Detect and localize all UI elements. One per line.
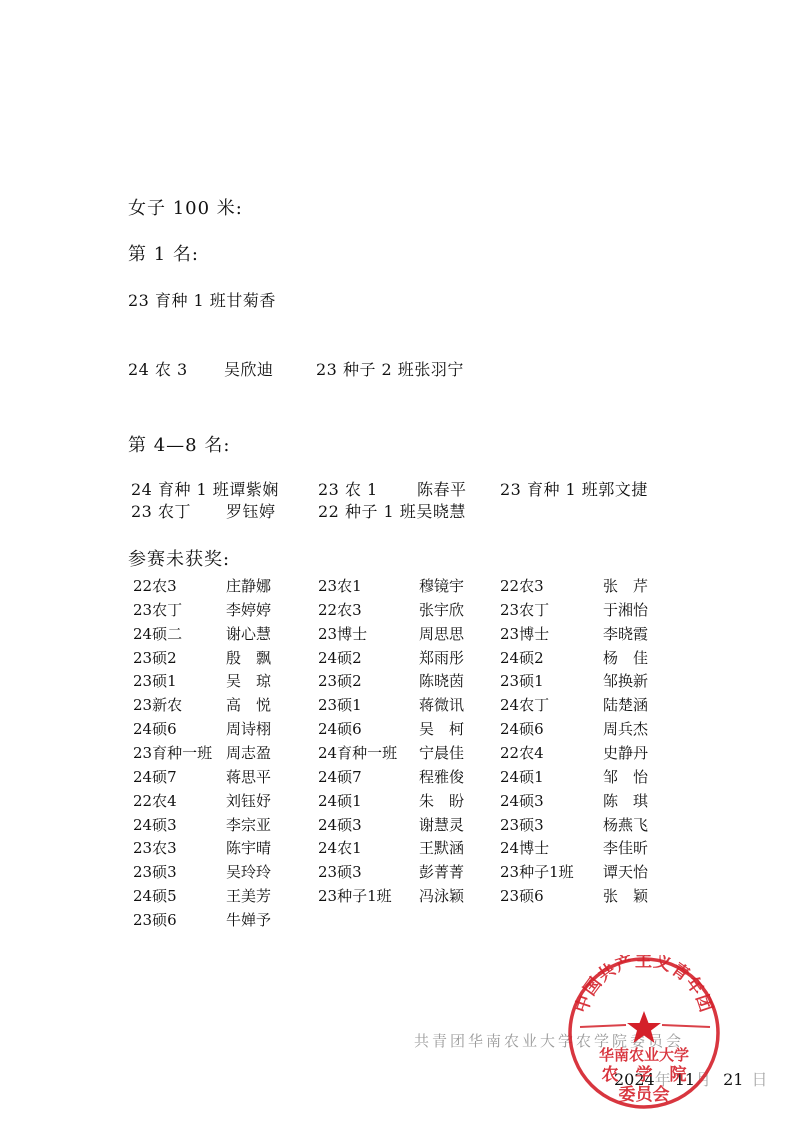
participant-name: 邹换新	[603, 670, 648, 691]
place-3-name: 张羽宁	[414, 360, 464, 379]
official-seal-icon: 中国共产主义青年团 华南农业大学 农 学 院 委员会	[566, 955, 722, 1111]
participant-class: 23农丁	[500, 599, 549, 620]
participant-class: 24硕7	[133, 766, 177, 787]
participant-class: 23种子1班	[500, 861, 574, 882]
participant-class: 23硕3	[133, 861, 177, 882]
participant-name: 彭菁菁	[419, 861, 464, 882]
participant-class: 24硕3	[133, 814, 177, 835]
participant-name: 陈宇晴	[226, 837, 271, 858]
place-class: 23 农丁	[131, 499, 191, 522]
participant-name: 谭天怡	[603, 861, 648, 882]
places-4-8-heading: 第 4—8 名:	[128, 431, 230, 457]
participant-class: 23农丁	[133, 599, 182, 620]
place-3-entry: 23 种子 2 班张羽宁	[316, 357, 464, 380]
place-class: 23 育种 1 班	[500, 480, 598, 499]
participant-name: 史静丹	[603, 742, 648, 763]
participant-class: 23农3	[133, 837, 177, 858]
participant-class: 22农4	[500, 742, 544, 763]
stamp-line-3: 委员会	[619, 1084, 670, 1105]
participant-name: 于湘怡	[603, 599, 648, 620]
place-class: 23 农 1	[318, 477, 378, 500]
participant-name: 高 悦	[226, 694, 271, 715]
participant-class: 24硕5	[133, 885, 177, 906]
participant-class: 22农4	[133, 790, 177, 811]
place-2-class: 24 农 3	[128, 357, 188, 380]
participant-class: 23硕6	[133, 909, 177, 930]
participant-class: 24硕6	[318, 718, 362, 739]
participant-name: 冯泳颖	[419, 885, 464, 906]
first-place-heading: 第 1 名:	[128, 240, 199, 266]
participant-class: 23新农	[133, 694, 182, 715]
participant-name: 刘钰妤	[226, 790, 271, 811]
participant-class: 24硕6	[133, 718, 177, 739]
participant-name: 庄静娜	[226, 575, 271, 596]
participant-class: 24硕3	[500, 790, 544, 811]
participant-class: 23硕1	[133, 670, 177, 691]
svg-text:中国共产主义青年团: 中国共产主义青年团	[571, 955, 716, 1015]
participant-class: 23育种一班	[133, 742, 212, 763]
participant-class: 24硕2	[318, 647, 362, 668]
participant-class: 23种子1班	[318, 885, 392, 906]
participant-class: 24农丁	[500, 694, 549, 715]
participant-name: 李晓霞	[603, 623, 648, 644]
date-day: 21	[723, 1070, 743, 1089]
participant-class: 24育种一班	[318, 742, 397, 763]
participant-name: 吴 琼	[226, 670, 271, 691]
participant-name: 陆楚涵	[603, 694, 648, 715]
participant-name: 牛婵予	[226, 909, 271, 930]
participant-name: 张 芹	[603, 575, 648, 596]
participant-name: 邹 怡	[603, 766, 648, 787]
stamp-line-1: 华南农业大学	[599, 1046, 689, 1064]
place-2-name: 吴欣迪	[224, 357, 274, 380]
participant-class: 23硕2	[133, 647, 177, 668]
place-name: 谭紫娴	[229, 480, 279, 499]
participant-name: 张宇欣	[419, 599, 464, 620]
place-entry: 22 种子 1 班吴晓慧	[318, 499, 466, 522]
participant-name: 程雅俊	[419, 766, 464, 787]
star-icon	[627, 1011, 661, 1043]
place-name: 陈春平	[417, 477, 467, 500]
participant-class: 22农3	[318, 599, 362, 620]
participant-name: 王默涵	[419, 837, 464, 858]
first-place-class: 23 育种 1 班	[128, 291, 226, 310]
place-name: 罗钰婷	[226, 499, 276, 522]
place-name: 郭文捷	[598, 480, 648, 499]
place-entry: 24 育种 1 班谭紫娴	[131, 477, 279, 500]
participant-class: 24硕7	[318, 766, 362, 787]
participant-name: 王美芳	[226, 885, 271, 906]
participant-class: 24硕二	[133, 623, 182, 644]
participant-name: 宁晨佳	[419, 742, 464, 763]
participant-name: 蒋微讯	[419, 694, 464, 715]
participant-name: 殷 飘	[226, 647, 271, 668]
participant-name: 李婷婷	[226, 599, 271, 620]
participant-class: 23硕6	[500, 885, 544, 906]
event-title: 女子 100 米:	[128, 194, 243, 220]
participant-class: 23博士	[500, 623, 549, 644]
place-entry: 23 育种 1 班郭文捷	[500, 477, 648, 500]
participant-name: 陈 琪	[603, 790, 648, 811]
participant-name: 杨燕飞	[603, 814, 648, 835]
first-place-name: 甘菊香	[226, 291, 276, 310]
place-class: 24 育种 1 班	[131, 480, 229, 499]
place-3-class: 23 种子 2 班	[316, 360, 414, 379]
place-name: 吴晓慧	[416, 502, 466, 521]
participant-name: 周诗栩	[226, 718, 271, 739]
stamp-line-2: 农 学 院	[602, 1064, 687, 1085]
stamp-outer-text: 中国共产主义青年团	[571, 955, 716, 1015]
date-day-suffix: 日	[751, 1070, 767, 1089]
participant-class: 22农3	[500, 575, 544, 596]
participant-name: 杨 佳	[603, 647, 648, 668]
participant-class: 23硕1	[318, 694, 362, 715]
participant-name: 李佳昕	[603, 837, 648, 858]
participant-class: 24硕2	[500, 647, 544, 668]
participant-name: 周志盈	[226, 742, 271, 763]
participant-class: 24硕1	[500, 766, 544, 787]
participant-name: 李宗亚	[226, 814, 271, 835]
participant-class: 23硕3	[318, 861, 362, 882]
participant-name: 穆镜宇	[419, 575, 464, 596]
participant-class: 22农3	[133, 575, 177, 596]
participant-class: 24农1	[318, 837, 362, 858]
participant-name: 朱 盼	[419, 790, 464, 811]
participant-class: 23博士	[318, 623, 367, 644]
participant-name: 吴玲玲	[226, 861, 271, 882]
participant-name: 周思思	[419, 623, 464, 644]
participant-name: 陈晓茵	[419, 670, 464, 691]
participant-class: 24硕3	[318, 814, 362, 835]
participant-name: 郑雨彤	[419, 647, 464, 668]
participant-class: 24硕1	[318, 790, 362, 811]
participant-name: 周兵杰	[603, 718, 648, 739]
participant-name: 蒋思平	[226, 766, 271, 787]
participant-name: 谢慧灵	[419, 814, 464, 835]
participant-class: 23硕1	[500, 670, 544, 691]
participant-class: 24硕6	[500, 718, 544, 739]
participant-class: 23硕2	[318, 670, 362, 691]
participant-name: 谢心慧	[226, 623, 271, 644]
place-class: 22 种子 1 班	[318, 502, 416, 521]
participant-class: 24博士	[500, 837, 549, 858]
first-place-entry: 23 育种 1 班甘菊香	[128, 288, 276, 311]
participant-class: 23农1	[318, 575, 362, 596]
participants-heading: 参赛未获奖:	[128, 545, 230, 571]
participant-name: 张 颖	[603, 885, 648, 906]
participant-name: 吴 柯	[419, 718, 464, 739]
participant-class: 23硕3	[500, 814, 544, 835]
